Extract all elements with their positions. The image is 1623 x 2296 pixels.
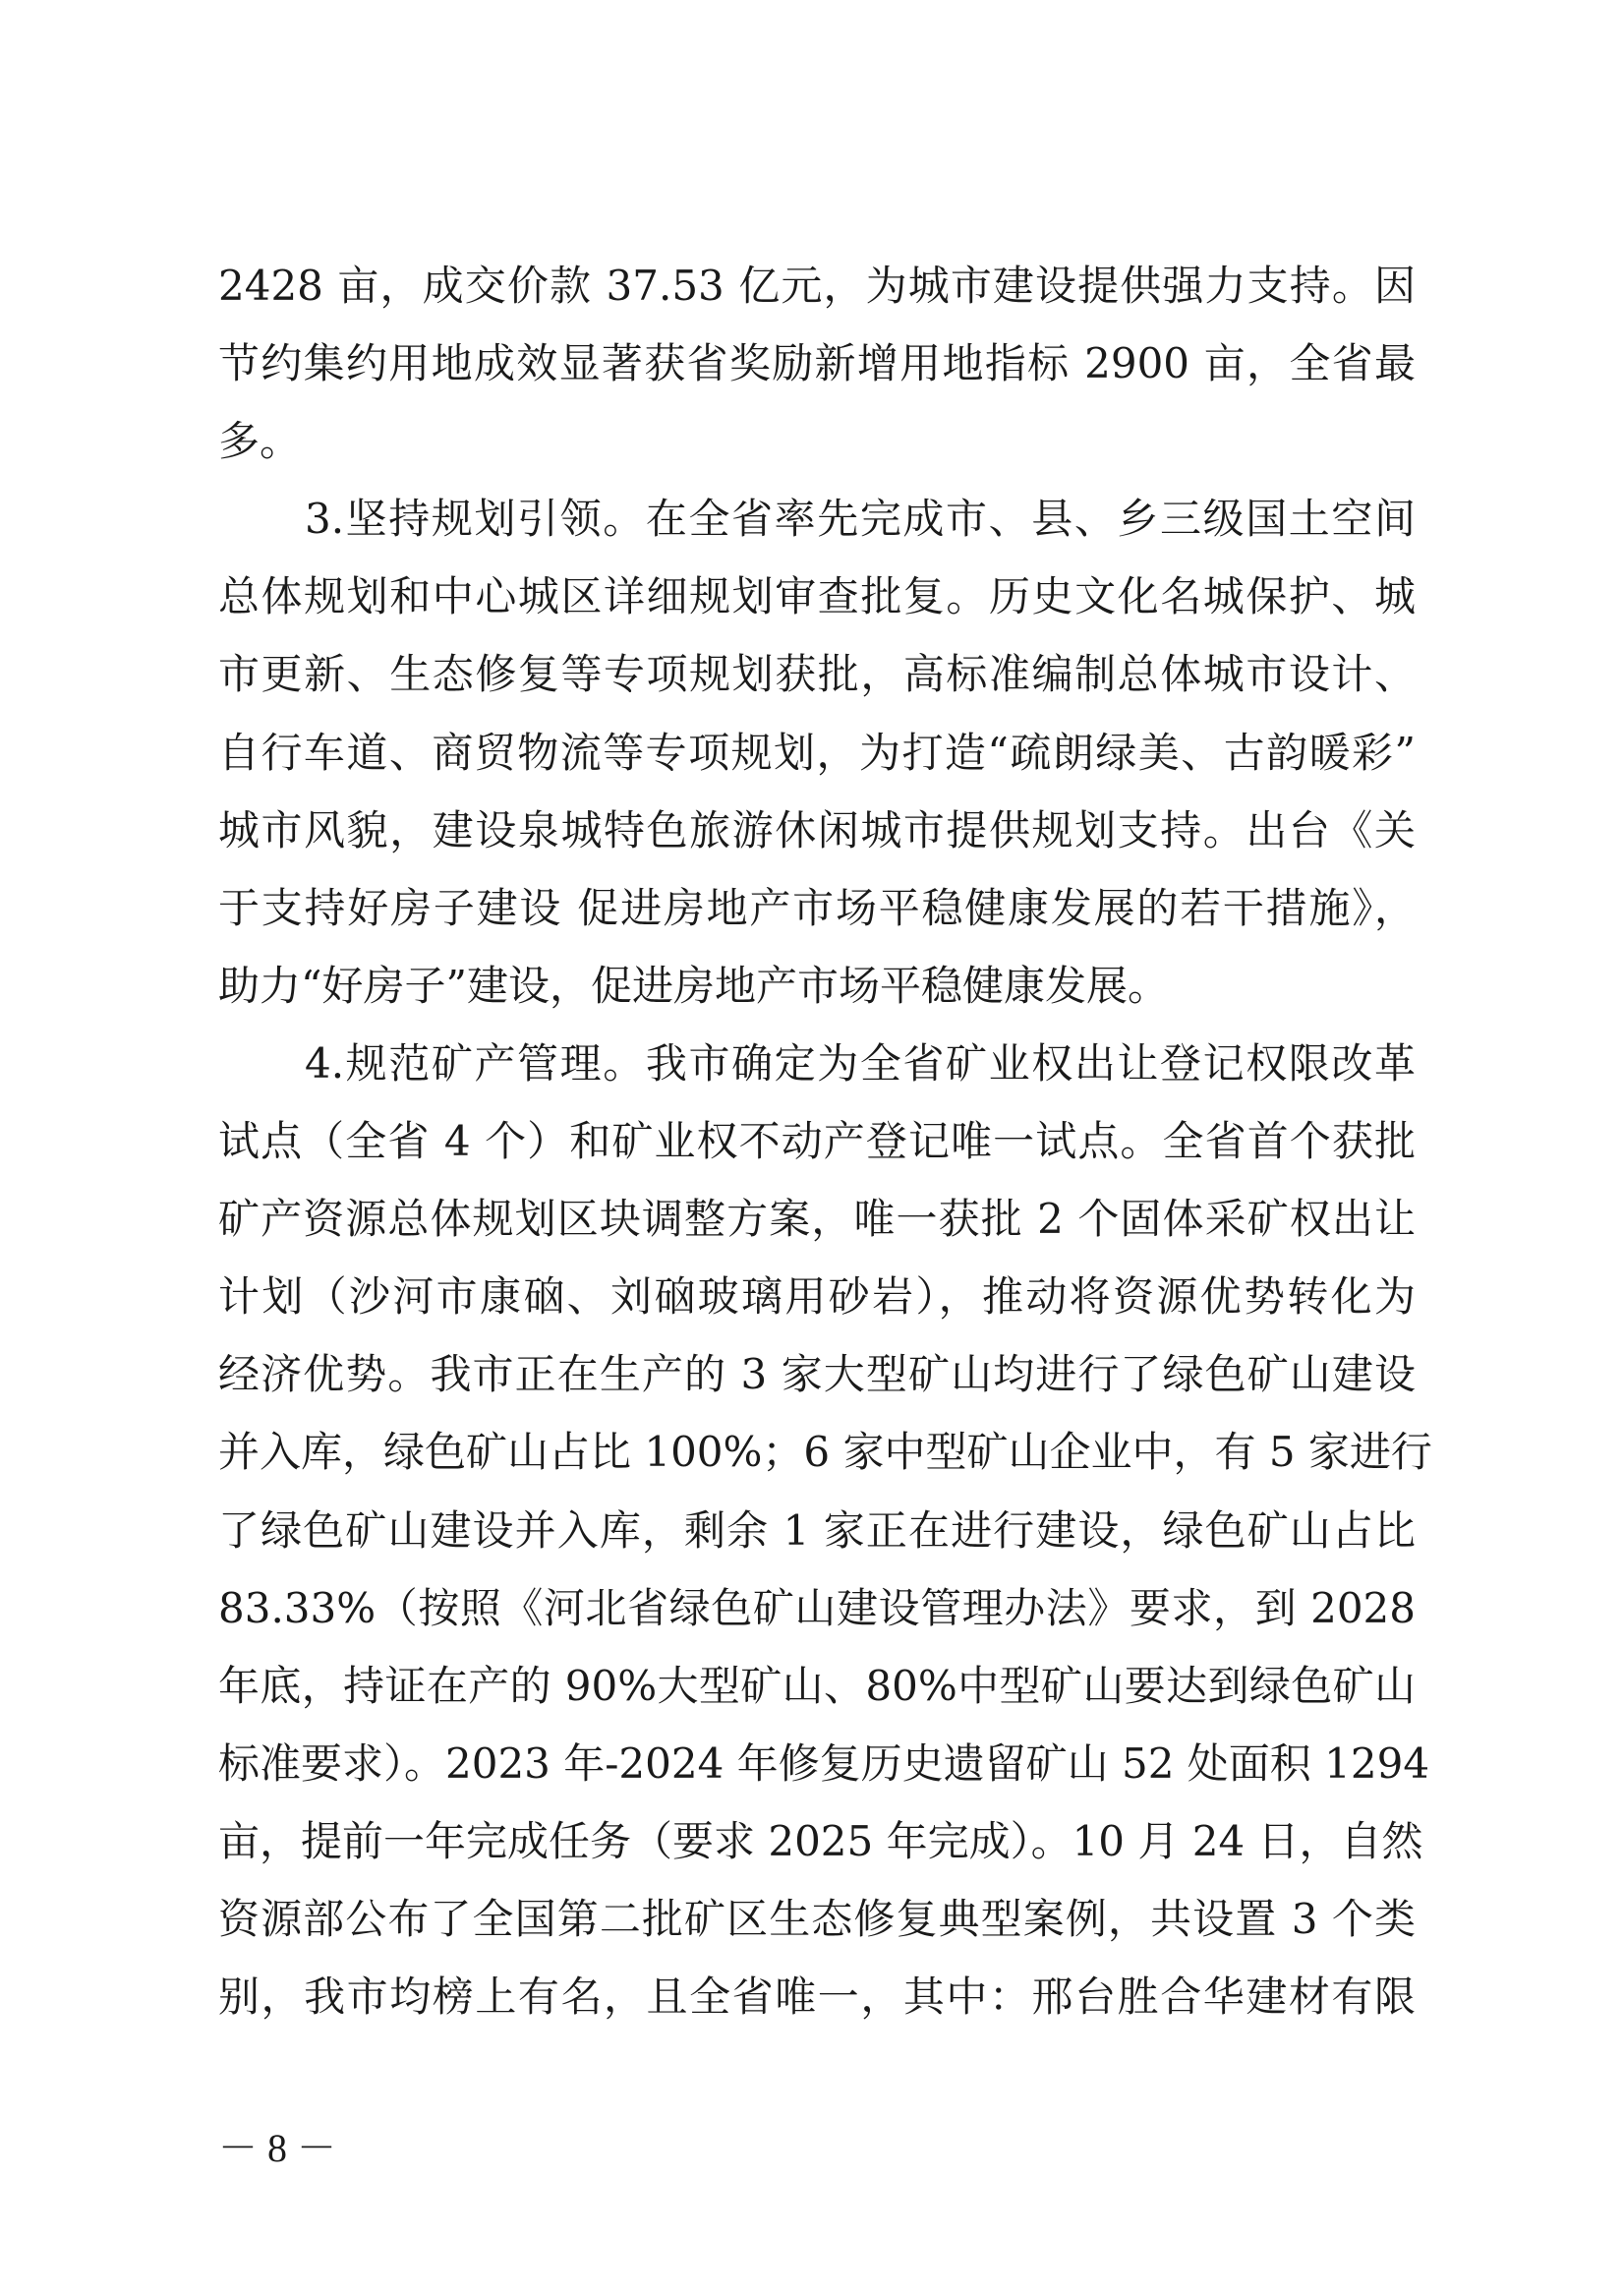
text-line: 年底，持证在产的 90%大型矿山、80%中型矿山要达到绿色矿山: [218, 1647, 1416, 1725]
text-line: 多。: [218, 402, 1416, 480]
text-line: 别，我市均榜上有名，且全省唯一，其中：邢台胜合华建材有限: [218, 1958, 1416, 2035]
text-line: 计划（沙河市康硇、刘硇玻璃用砂岩），推动将资源优势转化为: [218, 1258, 1416, 1335]
text-line: 并入库，绿色矿山占比 100%；6 家中型矿山企业中，有 5 家进行: [218, 1413, 1416, 1491]
text-line: 市更新、生态修复等专项规划获批，高标准编制总体城市设计、: [218, 635, 1416, 713]
text-line: 于支持好房子建设 促进房地产市场平稳健康发展的若干措施》，: [218, 869, 1416, 947]
text-line: 资源部公布了全国第二批矿区生态修复典型案例，共设置 3 个类: [218, 1880, 1416, 1958]
text-line: 总体规划和中心城区详细规划审查批复。历史文化名城保护、城: [218, 558, 1416, 635]
text-line: 2428 亩，成交价款 37.53 亿元，为城市建设提供强力支持。因: [218, 247, 1416, 324]
text-line: 节约集约用地成效显著获省奖励新增用地指标 2900 亩，全省最: [218, 324, 1416, 402]
text-line: 矿产资源总体规划区块调整方案，唯一获批 2 个固体采矿权出让: [218, 1180, 1416, 1258]
text-line: 了绿色矿山建设并入库，剩余 1 家正在进行建设，绿色矿山占比: [218, 1492, 1416, 1569]
text-line: 标准要求）。2023 年-2024 年修复历史遗留矿山 52 处面积 1294: [218, 1725, 1416, 1802]
text-line: 助力“好房子”建设，促进房地产市场平稳健康发展。: [218, 947, 1416, 1025]
text-line: 自行车道、商贸物流等专项规划，为打造“疏朗绿美、古韵暖彩”: [218, 714, 1416, 792]
text-line: 亩，提前一年完成任务（要求 2025 年完成）。10 月 24 日，自然: [218, 1802, 1416, 1880]
section-heading-line: 4.规范矿产管理。我市确定为全省矿业权出让登记权限改革: [218, 1025, 1416, 1102]
text-line: 83.33%（按照《河北省绿色矿山建设管理办法》要求，到 2028: [218, 1569, 1416, 1647]
text-line: 城市风貌，建设泉城特色旅游休闲城市提供规划支持。出台《关: [218, 792, 1416, 869]
page-number: － 8 －: [218, 2124, 336, 2173]
document-page: 2428 亩，成交价款 37.53 亿元，为城市建设提供强力支持。因 节约集约用…: [0, 0, 1623, 2296]
text-line: 试点（全省 4 个）和矿业权不动产登记唯一试点。全省首个获批: [218, 1102, 1416, 1180]
text-line: 经济优势。我市正在生产的 3 家大型矿山均进行了绿色矿山建设: [218, 1335, 1416, 1413]
body-text: 2428 亩，成交价款 37.53 亿元，为城市建设提供强力支持。因 节约集约用…: [218, 247, 1416, 2035]
section-heading-line: 3.坚持规划引领。在全省率先完成市、县、乡三级国土空间: [218, 480, 1416, 558]
